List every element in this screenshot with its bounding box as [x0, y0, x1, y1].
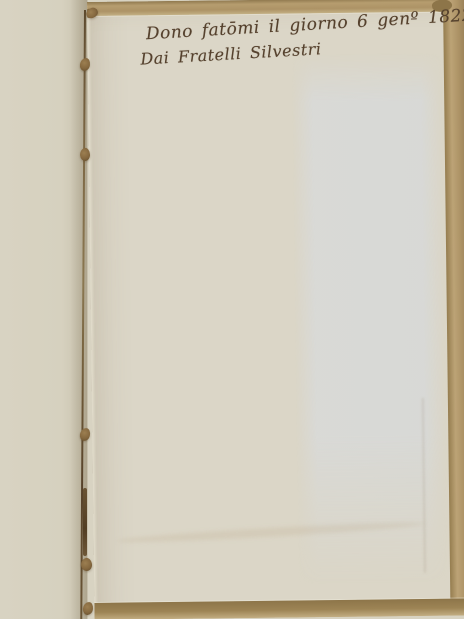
flyleaf-page: Dono fatōmi il giorno 6 genº 1822 Dai Fr… [87, 0, 464, 619]
binding-knot [79, 427, 91, 442]
book-photo: Dono fatōmi il giorno 6 genº 1822 Dai Fr… [0, 0, 464, 619]
binding-thread-segment [83, 488, 87, 556]
page-bottom-edge [94, 598, 464, 619]
binding-knot [82, 602, 93, 616]
page-inner-margin [87, 2, 99, 619]
